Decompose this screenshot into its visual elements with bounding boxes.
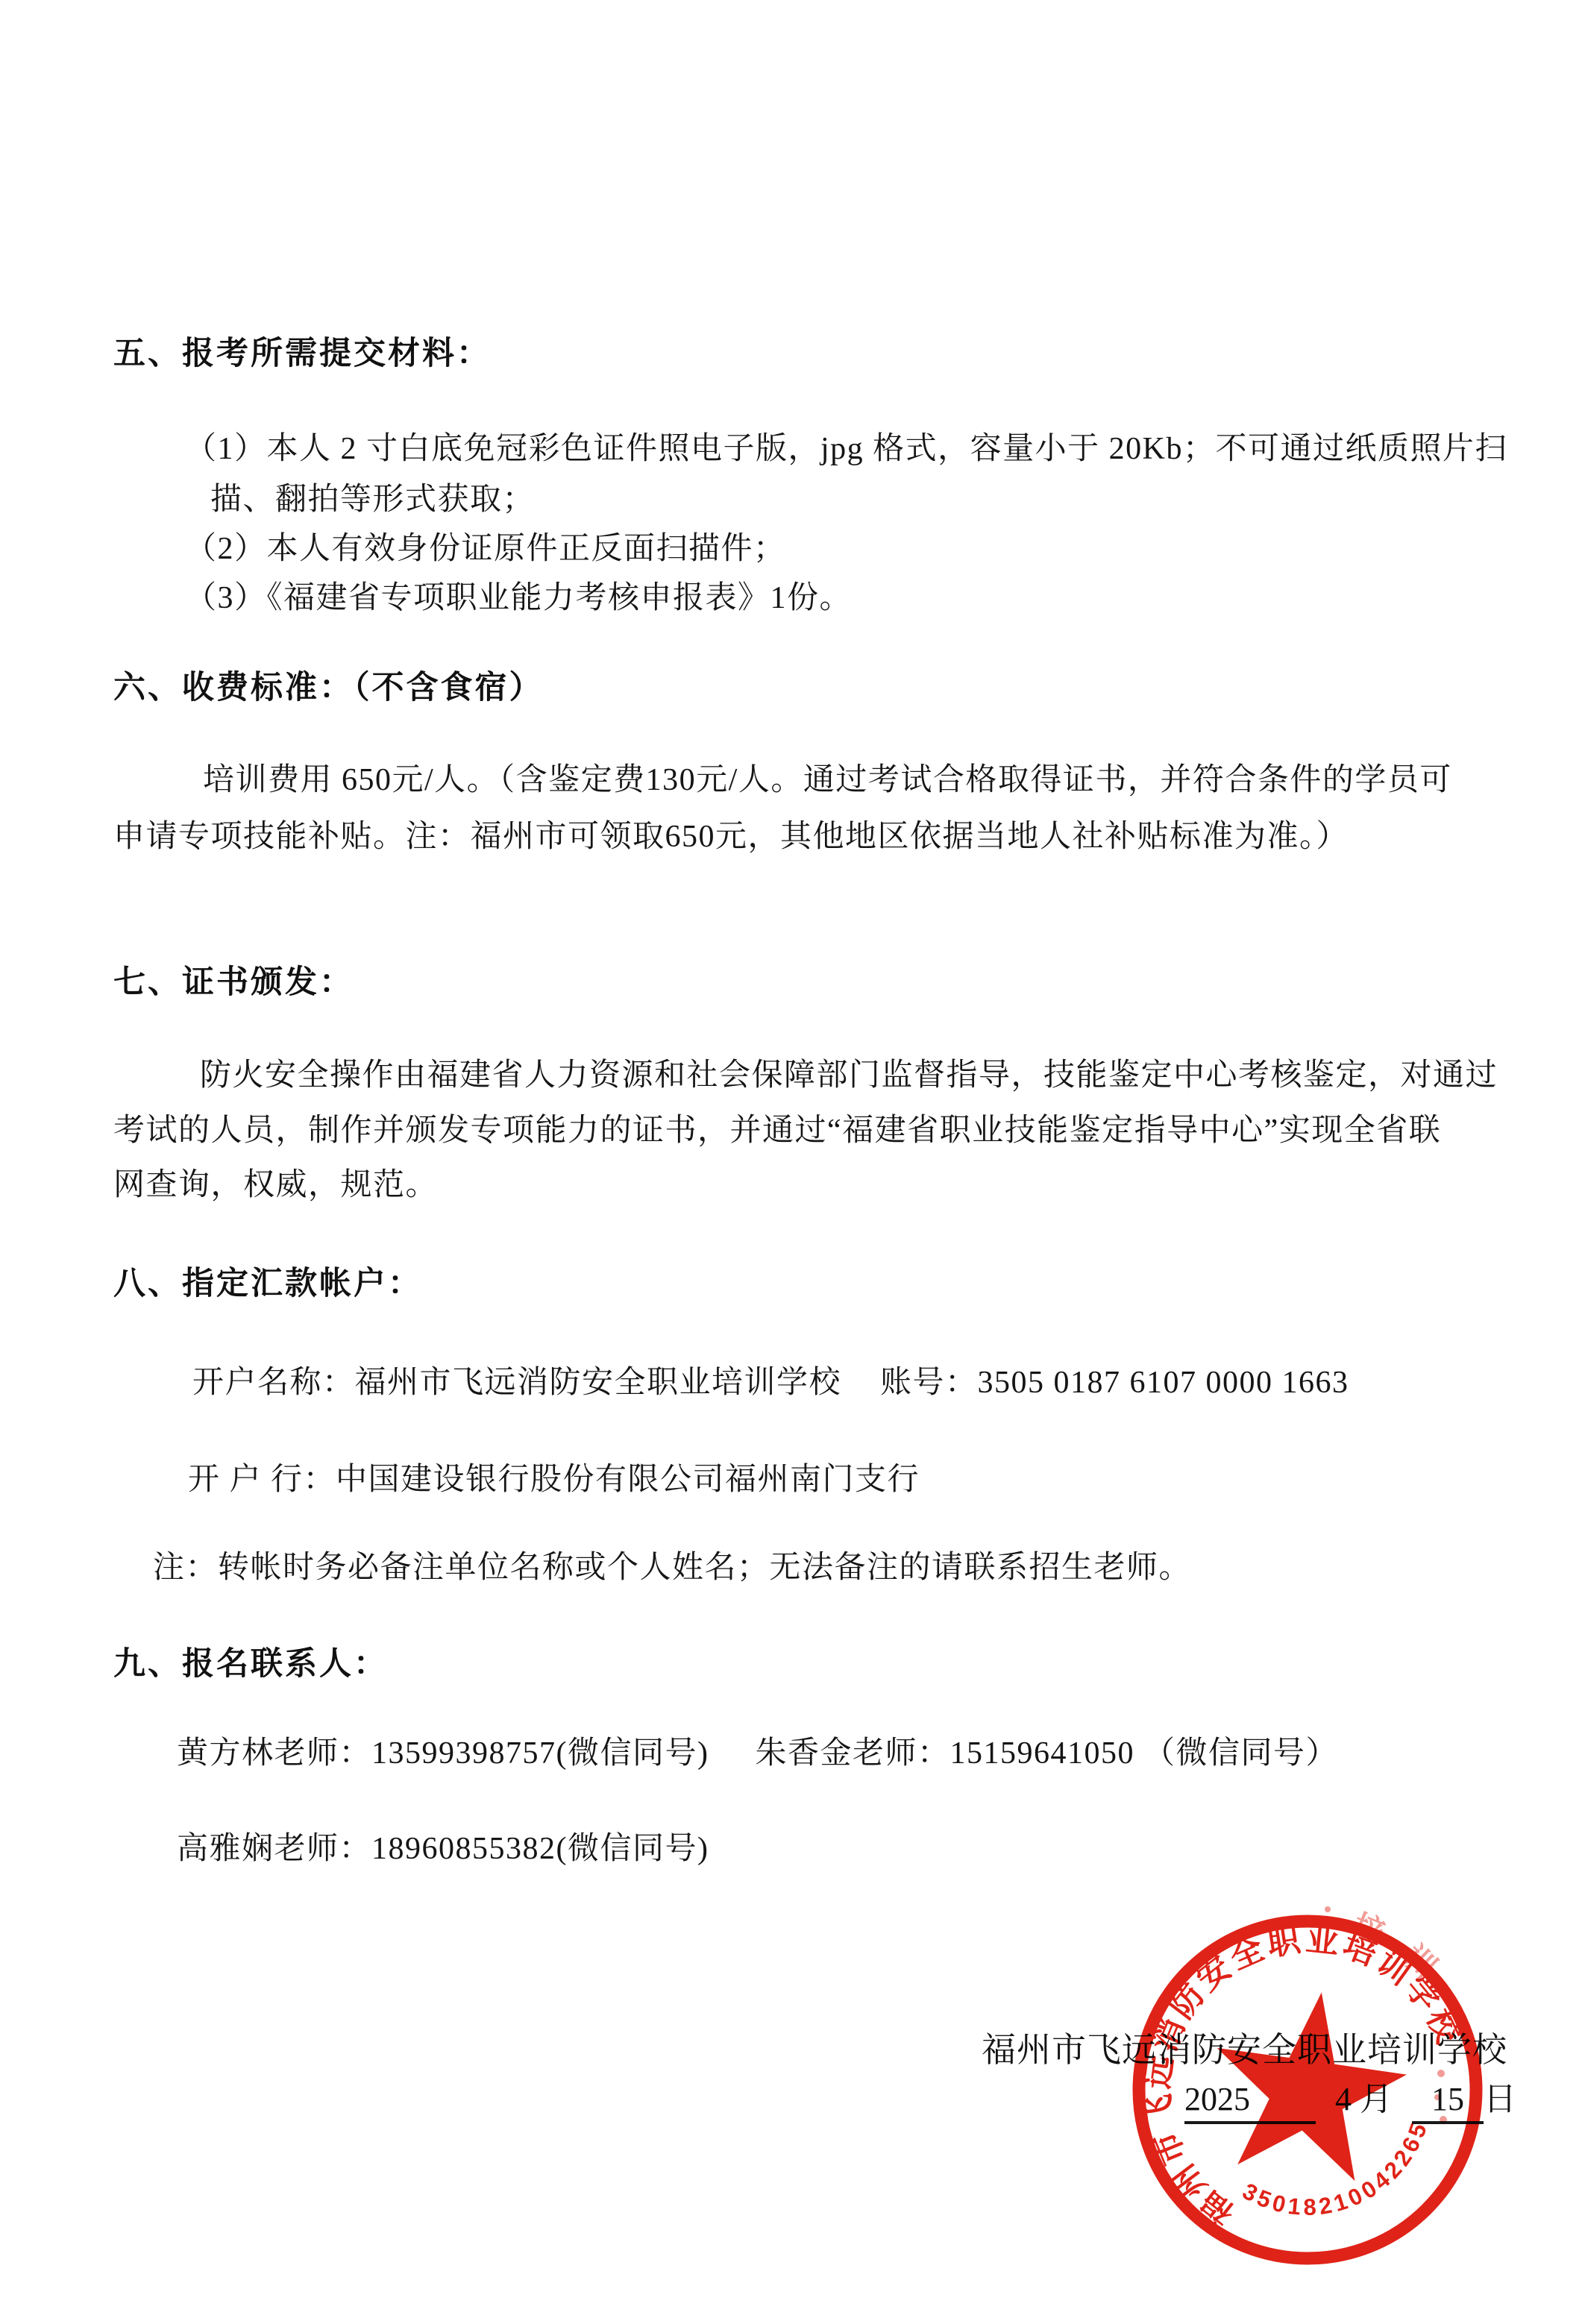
seal-star: [1202, 1979, 1416, 2186]
section8-heading: 八、指定汇款帐户：: [113, 1266, 422, 1302]
section6-heading: 六、收费标准：（不含食宿）: [113, 670, 544, 706]
contacts-row: 黄方林老师：13599398757(微信同号)朱香金老师：15159641050…: [177, 1736, 1338, 1771]
seal-speckle: [1437, 2070, 1445, 2077]
contact-gao: 高雅娴老师：18960855382(微信同号): [177, 1831, 709, 1867]
fee-paragraph-line2: 申请专项技能补贴。注：福州市可领取650元，其他地区依据当地人社补贴标准为准。）: [113, 819, 1349, 855]
certificate-paragraph-line1: 防火安全操作由福建省人力资源和社会保障部门监督指导，技能鉴定中心考核鉴定，对通过: [200, 1058, 1498, 1093]
account-line: 开户名称：福州市飞远消防安全职业培训学校账号：3505 0187 6107 00…: [192, 1365, 1349, 1401]
account-number: 账号：3505 0187 6107 0000 1663: [880, 1366, 1349, 1400]
scanned-document-page: 五、报考所需提交材料： （1）本人 2 寸白底免冠彩色证件照电子版，jpg 格式…: [0, 0, 1582, 2324]
account-name: 开户名称：福州市飞远消防安全职业培训学校: [192, 1366, 841, 1400]
seal-speckle: [1325, 1906, 1331, 1912]
certificate-paragraph-line2: 考试的人员，制作并颁发专项能力的证书，并通过“福建省职业技能鉴定指导中心”实现全…: [113, 1113, 1441, 1149]
certificate-paragraph-line3: 网查询，权威，规范。: [113, 1167, 438, 1203]
section9-heading: 九、报名联系人：: [113, 1646, 388, 1683]
section5-heading: 五、报考所需提交材料：: [113, 336, 491, 372]
contact-zhu: 朱香金老师：15159641050 （微信同号）: [755, 1736, 1338, 1771]
transfer-note-line: 注：转帐时务必备注单位名称或个人姓名；无法备注的请联系招生老师。: [153, 1550, 1191, 1586]
official-seal: 福州市飞远消防安全职业培训学校 35018210042265 培 训: [1104, 1887, 1522, 2305]
seal-speckle: [1434, 2094, 1440, 2100]
fee-paragraph-line1: 培训费用 650元/人。（含鉴定费130元/人。通过考试合格取得证书，并符合条件…: [203, 762, 1452, 798]
seal-speckle: [1440, 2116, 1447, 2123]
material-item1-line1: （1）本人 2 寸白底免冠彩色证件照电子版，jpg 格式，容量小于 20Kb；不…: [185, 431, 1507, 467]
bank-line: 开 户 行：中国建设银行股份有限公司福州南门支行: [188, 1462, 920, 1498]
section7-heading: 七、证书颁发：: [113, 964, 354, 1001]
material-item2: （2）本人有效身份证原件正反面扫描件；: [185, 531, 786, 567]
material-item3: （3）《福建省专项职业能力考核申报表》1份。: [185, 580, 852, 616]
material-item1-line2: 描、翻拍等形式获取；: [210, 482, 535, 518]
contact-huang: 黄方林老师：13599398757(微信同号): [177, 1736, 709, 1771]
